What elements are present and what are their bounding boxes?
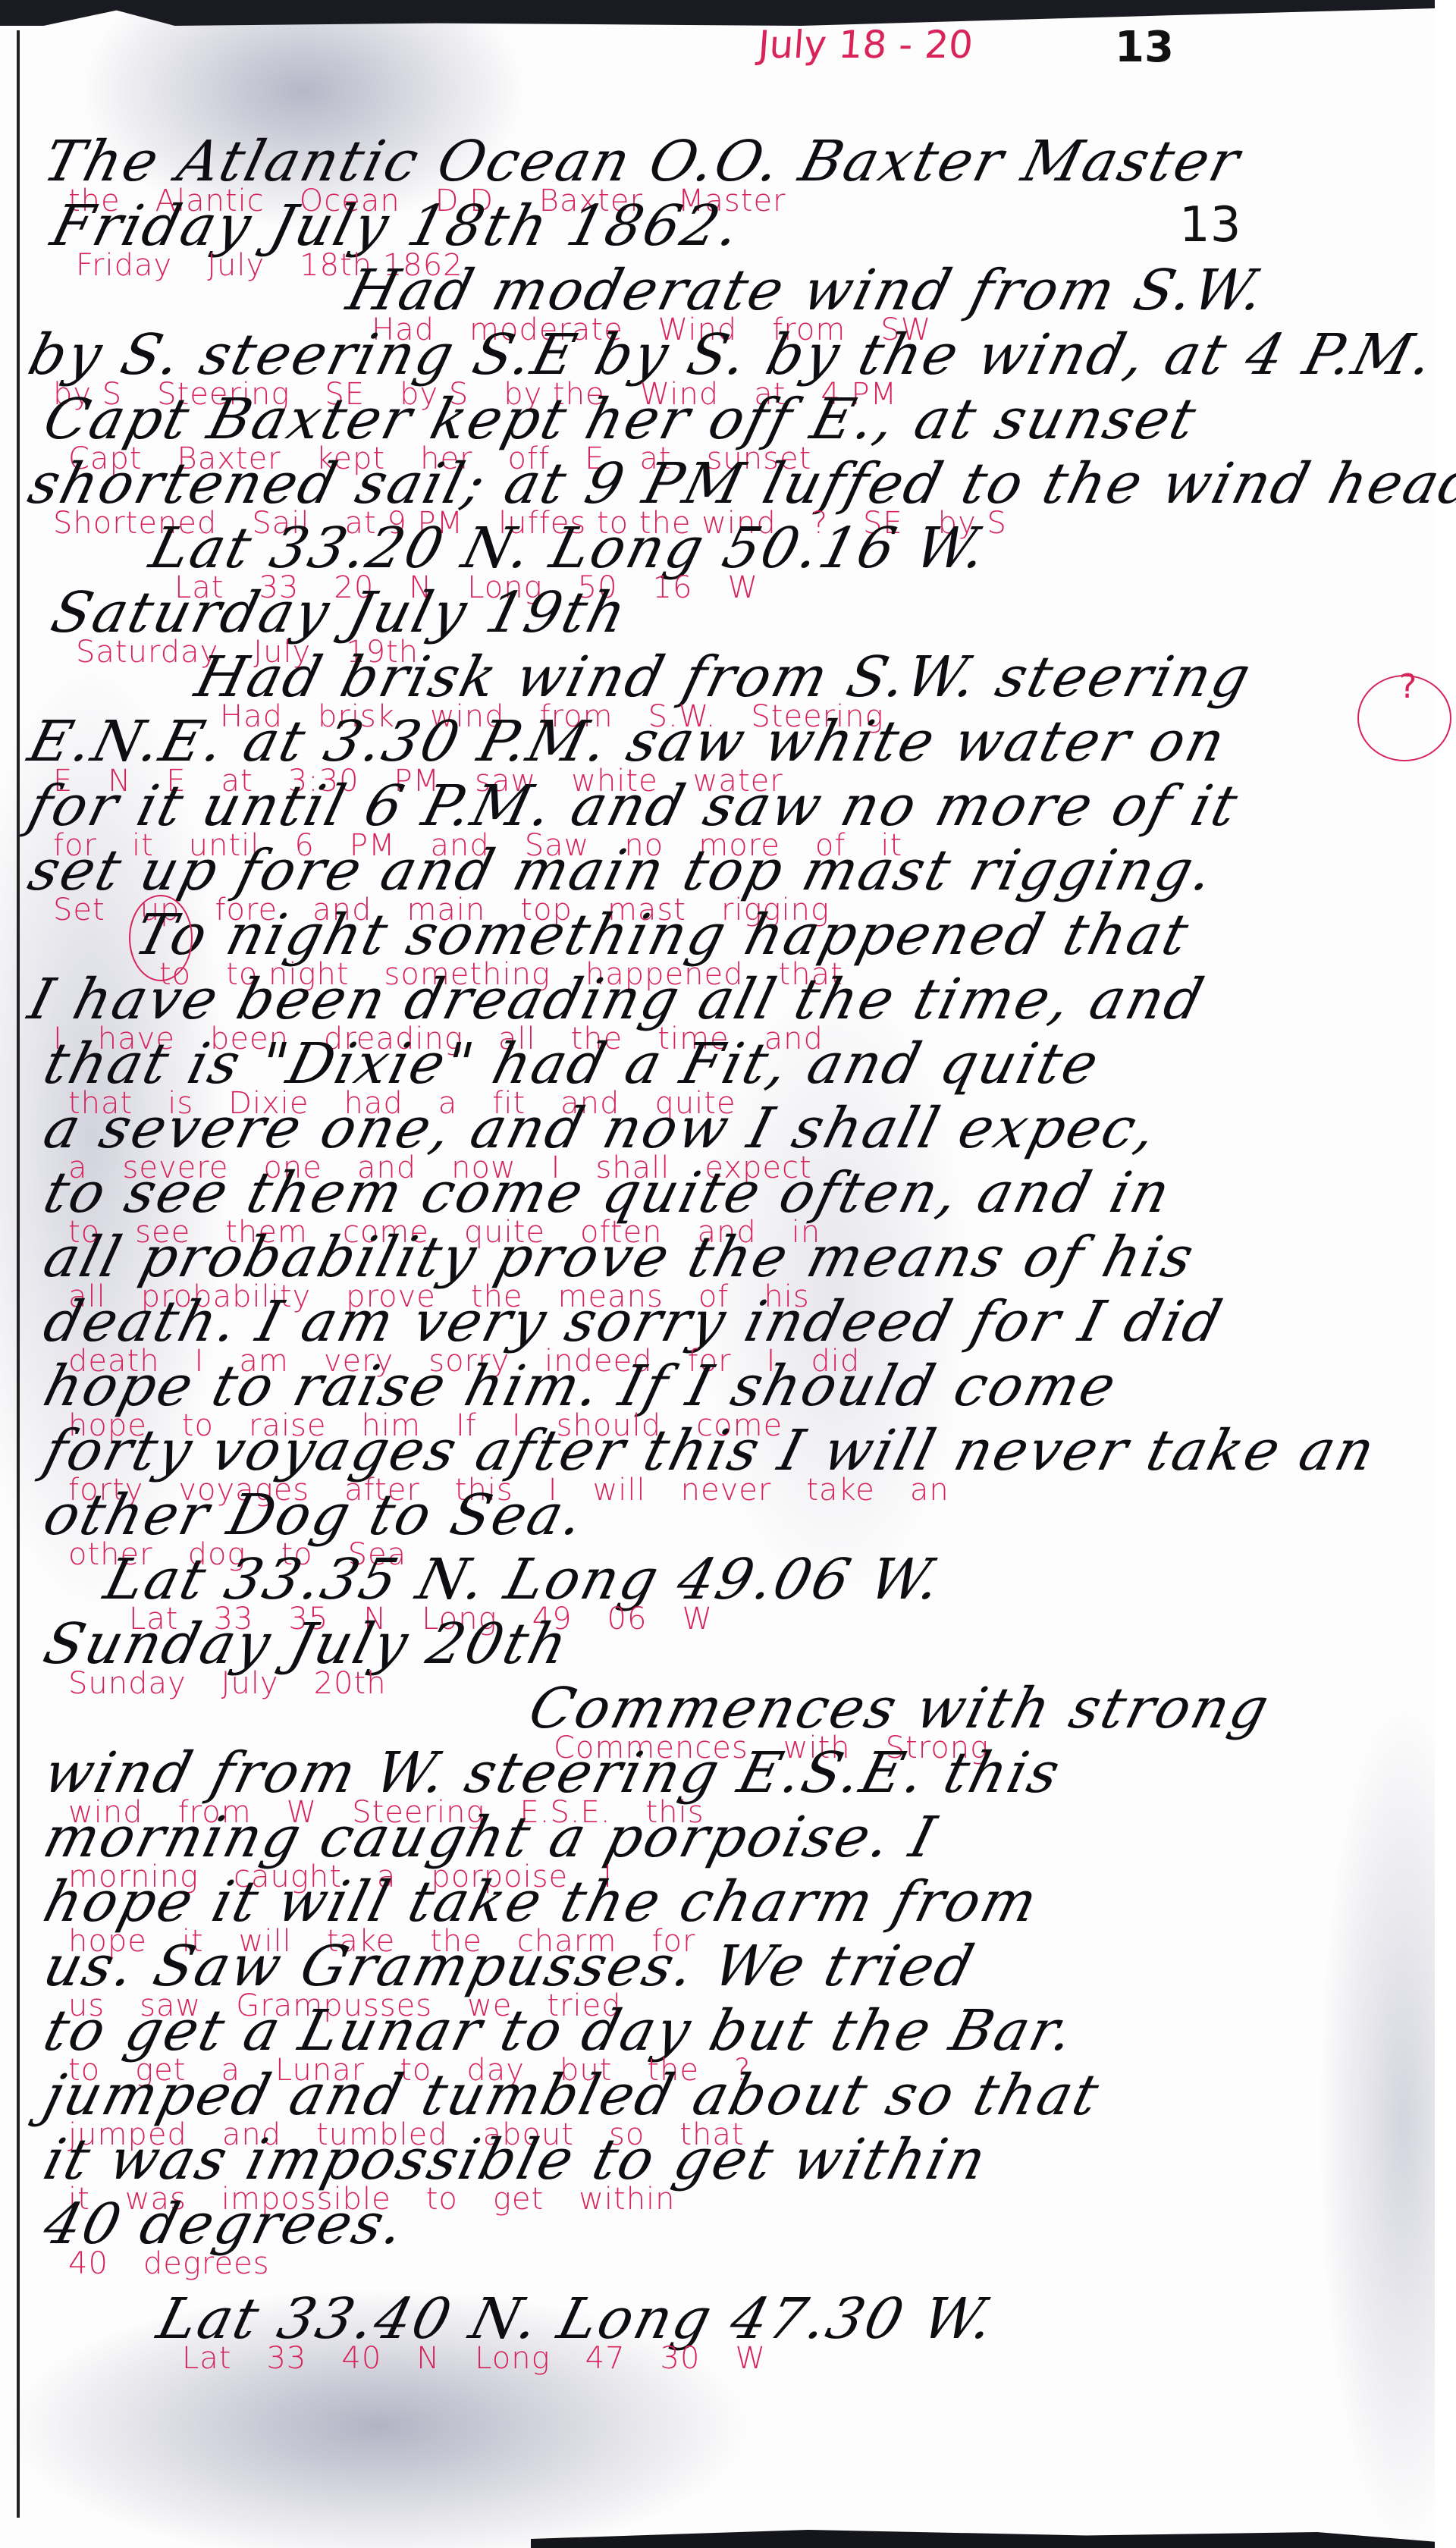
annotation-word: 30 bbox=[661, 2341, 701, 2376]
annotation-word: to bbox=[426, 2182, 458, 2217]
annotation-word: take bbox=[806, 1473, 875, 1508]
page-number-stamp: 13 bbox=[1179, 197, 1241, 253]
annotation-word: 20th bbox=[314, 1666, 387, 1701]
annotation-word: within bbox=[579, 2182, 675, 2217]
torn-top-edge bbox=[0, 0, 1456, 26]
annotation-word: Saturday bbox=[76, 635, 218, 670]
annotation-word: an bbox=[910, 1473, 949, 1508]
annotation-word: 16 bbox=[653, 570, 693, 605]
annotation-word: 40 bbox=[341, 2341, 381, 2376]
annotation-word: never bbox=[681, 1473, 772, 1508]
annotation-word: will bbox=[593, 1473, 646, 1508]
page-number-top: 13 bbox=[1115, 23, 1174, 72]
annotation-word: Sunday bbox=[68, 1666, 187, 1701]
date-range-annotation: July 18 - 20 bbox=[757, 23, 974, 67]
scanned-log-page: July 18 - 20 13 13 The Atlantic Ocean O.… bbox=[0, 0, 1456, 2548]
annotation-circle-to bbox=[129, 895, 193, 981]
annotation-word: Lat bbox=[182, 2341, 231, 2376]
transcription-annotation: 40degrees bbox=[68, 2246, 305, 2281]
annotation-word: get bbox=[493, 2182, 544, 2217]
annotation-word: W bbox=[735, 2341, 766, 2376]
annotation-word: Set bbox=[53, 893, 105, 927]
torn-bottom-edge bbox=[531, 2525, 1456, 2548]
annotation-word: Friday bbox=[76, 248, 172, 283]
annotation-word: 40 bbox=[68, 2246, 108, 2281]
transcription-annotation: SundayJuly20th bbox=[68, 1666, 422, 1701]
annotation-question-mark: ? bbox=[1399, 667, 1417, 706]
page-right-margin bbox=[1435, 0, 1456, 2548]
annotation-word: 47 bbox=[585, 2341, 626, 2376]
annotation-word: July bbox=[221, 1666, 279, 1701]
annotation-word: N bbox=[416, 2341, 440, 2376]
annotation-word: 33 bbox=[266, 2341, 306, 2376]
transcription-annotation: Lat3340NLong4730W bbox=[182, 2341, 801, 2376]
page-left-border bbox=[17, 30, 20, 2518]
annotation-word: degrees bbox=[143, 2246, 270, 2281]
annotation-word: W bbox=[727, 570, 758, 605]
annotation-word: Long bbox=[475, 2341, 550, 2376]
annotation-word: 06 bbox=[607, 1602, 648, 1636]
annotation-word: July bbox=[207, 248, 265, 283]
annotation-word: W bbox=[682, 1602, 713, 1636]
